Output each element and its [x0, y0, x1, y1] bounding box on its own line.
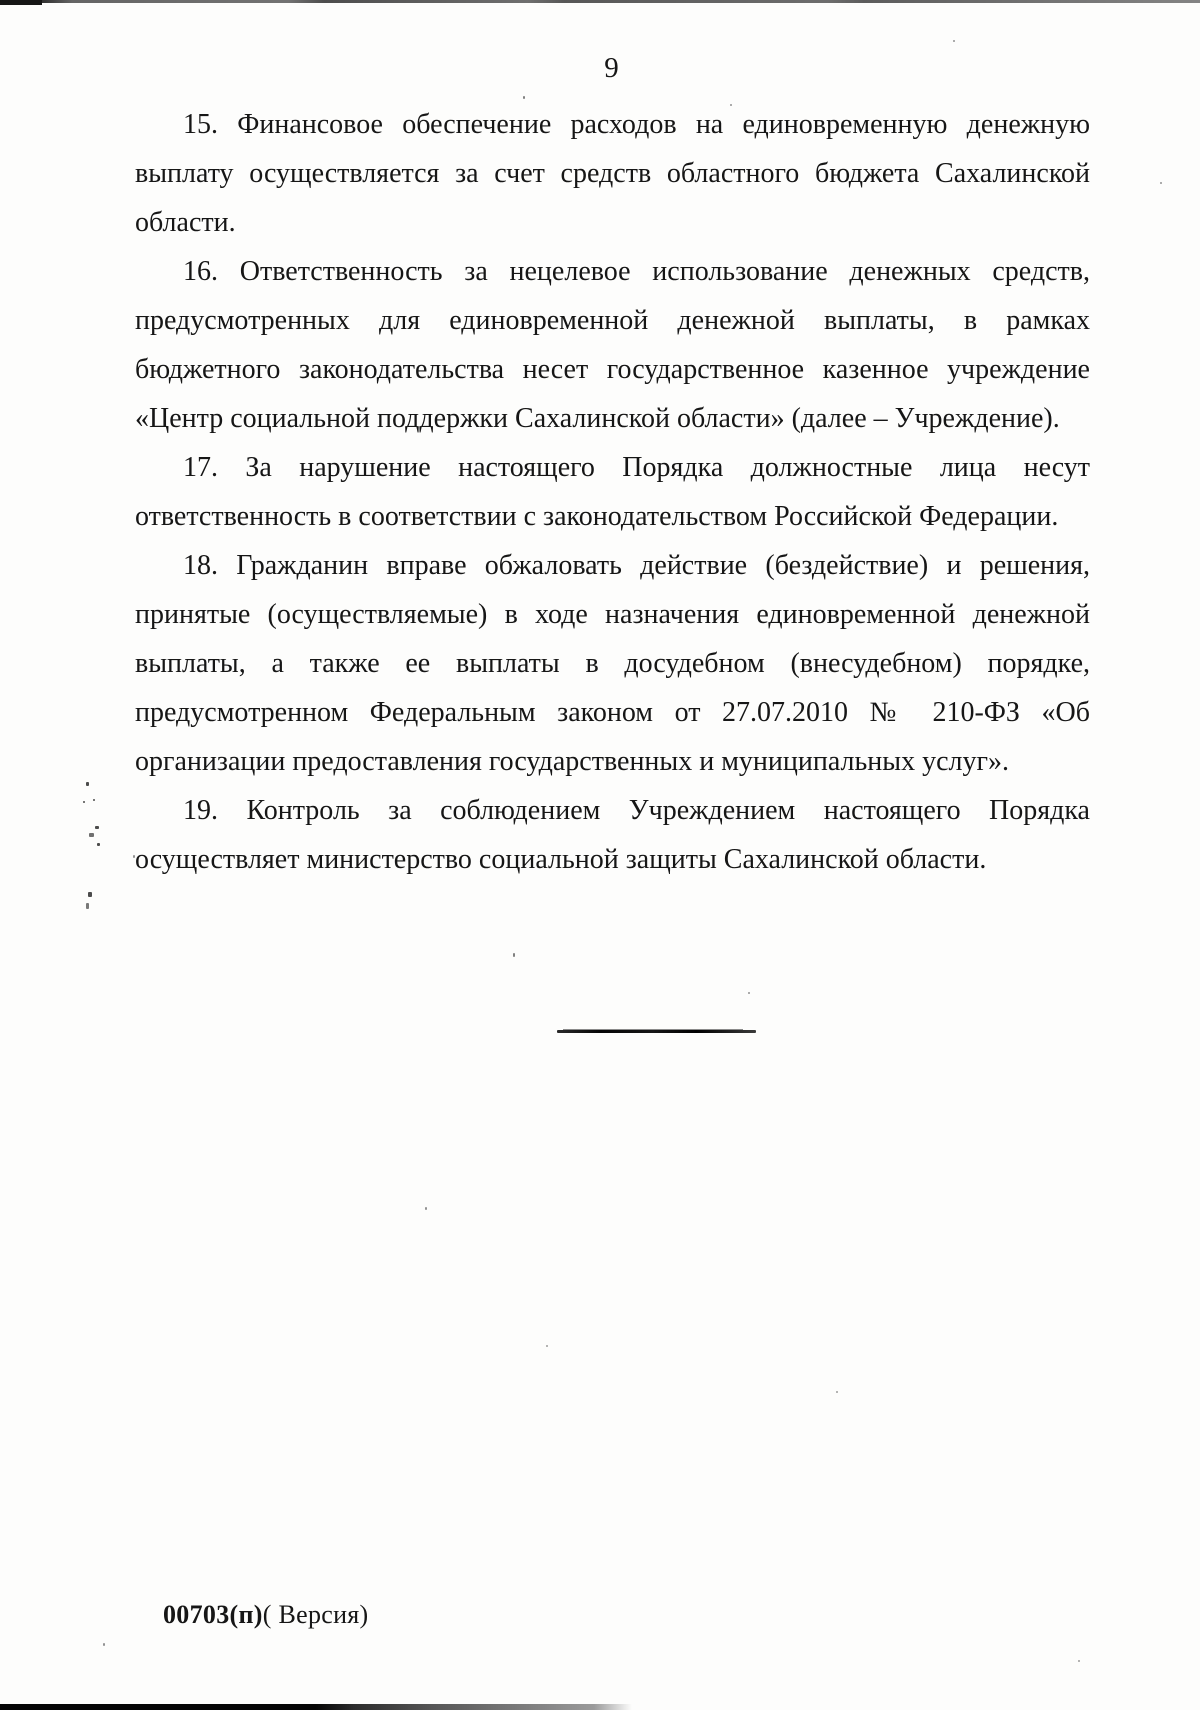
text-line: выплаты, а также ее выплаты в досудебном…	[135, 639, 1090, 688]
scan-speck	[86, 782, 89, 786]
scan-speck	[425, 1207, 427, 1210]
text-line: области.	[135, 198, 1090, 247]
text-line: принятые (осуществляемые) в ходе назначе…	[135, 590, 1090, 639]
scan-speck	[83, 801, 85, 803]
page-footer: 00703(п)( Версия)	[163, 1600, 369, 1630]
scan-speck	[513, 953, 515, 957]
scan-artifact-top-corner	[0, 0, 42, 5]
paragraph-16: 16. Ответственность за нецелевое использ…	[135, 247, 1090, 443]
paragraph-19: 19. Контроль за соблюдением Учреждением …	[135, 786, 1090, 884]
scan-speck	[95, 826, 99, 829]
scan-speck	[546, 1345, 548, 1347]
scan-speck	[103, 1643, 105, 1646]
scan-speck	[88, 892, 92, 897]
text-line: выплату осуществляется за счет средств о…	[135, 149, 1090, 198]
text-line: 17. За нарушение настоящего Порядка долж…	[135, 443, 1090, 492]
page-number: 9	[12, 52, 1200, 85]
scan-speck	[133, 855, 135, 858]
scan-speck	[836, 1391, 838, 1393]
scan-speck	[97, 843, 100, 846]
scan-artifact-bottom-edge	[0, 1704, 632, 1710]
text-line: 15. Финансовое обеспечение расходов на е…	[135, 100, 1090, 149]
scan-speck	[93, 799, 95, 801]
text-line: бюджетного законодательства несет госуда…	[135, 345, 1090, 394]
separator-line	[557, 1030, 756, 1033]
scan-speck	[523, 96, 525, 99]
text-line: 18. Гражданин вправе обжаловать действие…	[135, 541, 1090, 590]
scan-speck	[748, 992, 750, 994]
scan-speck	[89, 833, 94, 837]
text-line: предусмотренном Федеральным законом от 2…	[135, 688, 1090, 737]
text-line: организации предоставления государственн…	[135, 737, 1090, 786]
scan-artifact-top-edge	[0, 0, 1200, 3]
doc-code: 00703(п)	[163, 1600, 263, 1629]
paragraph-18: 18. Гражданин вправе обжаловать действие…	[135, 541, 1090, 786]
document-page: 9 15. Финансовое обеспечение расходов на…	[0, 0, 1200, 1710]
text-line: осуществляет министерство социальной защ…	[135, 835, 1090, 884]
scan-speck	[86, 903, 89, 909]
scan-speck	[1078, 1660, 1080, 1662]
text-line: ответственность в соответствии с законод…	[135, 492, 1090, 541]
scan-speck	[1160, 182, 1162, 184]
scan-speck	[730, 104, 732, 106]
paragraph-17: 17. За нарушение настоящего Порядка долж…	[135, 443, 1090, 541]
text-line: «Центр социальной поддержки Сахалинской …	[135, 394, 1090, 443]
text-line: предусмотренных для единовременной денеж…	[135, 296, 1090, 345]
version-label: ( Версия)	[263, 1600, 369, 1629]
text-line: 19. Контроль за соблюдением Учреждением …	[135, 786, 1090, 835]
scan-speck	[953, 40, 955, 42]
paragraph-15: 15. Финансовое обеспечение расходов на е…	[135, 100, 1090, 247]
text-line: 16. Ответственность за нецелевое использ…	[135, 247, 1090, 296]
document-body: 15. Финансовое обеспечение расходов на е…	[135, 100, 1090, 884]
